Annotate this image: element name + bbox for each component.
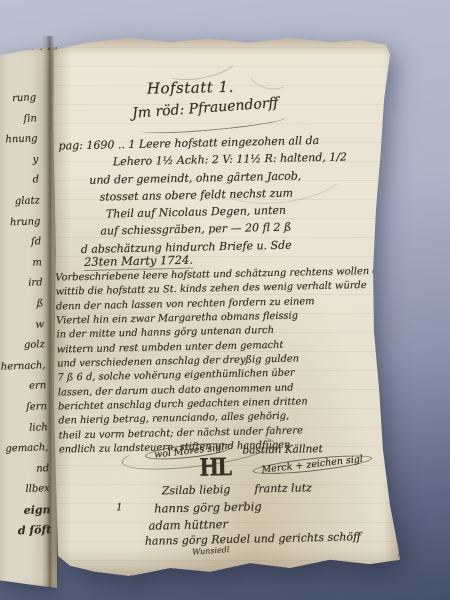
deed-paragraph: Vorbeschriebene leere hofstatt und schät…: [55, 265, 393, 458]
signature-line: hanns görg Reudel und gerichts schöff: [145, 529, 361, 550]
hand-seal-annotation: Merck + zeichen sigl: [252, 452, 373, 478]
witness-name: Zsilab liebig: [162, 483, 231, 497]
house-mark-row: HL Merck + zeichen sigl: [199, 451, 372, 480]
spacer: [230, 492, 254, 493]
handwritten-ink-layer: Hofstatt 1. Jm röd: Pfrauendorff pag: 16…: [44, 30, 407, 583]
torn-edge-top: [50, 34, 402, 38]
property-entry-paragraph: pag: 1690 .. 1 Leere hofstatt eingezohen…: [58, 131, 390, 259]
manuscript-photo: rungſinhnungydglatzhrungſdmirdßwgolzhern…: [0, 0, 450, 600]
witness-pair-row: Zsilab liebigfrantz lutz: [162, 481, 312, 497]
page-wrap: Hofstatt 1. Jm röd: Pfrauendorff pag: 16…: [0, 0, 450, 600]
heading-title: Hofstatt 1.: [105, 77, 275, 99]
house-mark: HL: [199, 452, 230, 481]
torn-edge-right: [398, 34, 402, 580]
witness-name: frantz lutz: [254, 481, 312, 495]
inserted-word: Wunsiedl: [192, 545, 230, 557]
torn-edge-bottom: [50, 575, 402, 580]
margin-tick: 1: [116, 502, 123, 513]
manuscript-page: Hofstatt 1. Jm röd: Pfrauendorff pag: 16…: [50, 34, 402, 580]
signature-block: hanns görg berbigadam hüttnerhanns görg …: [154, 496, 361, 550]
